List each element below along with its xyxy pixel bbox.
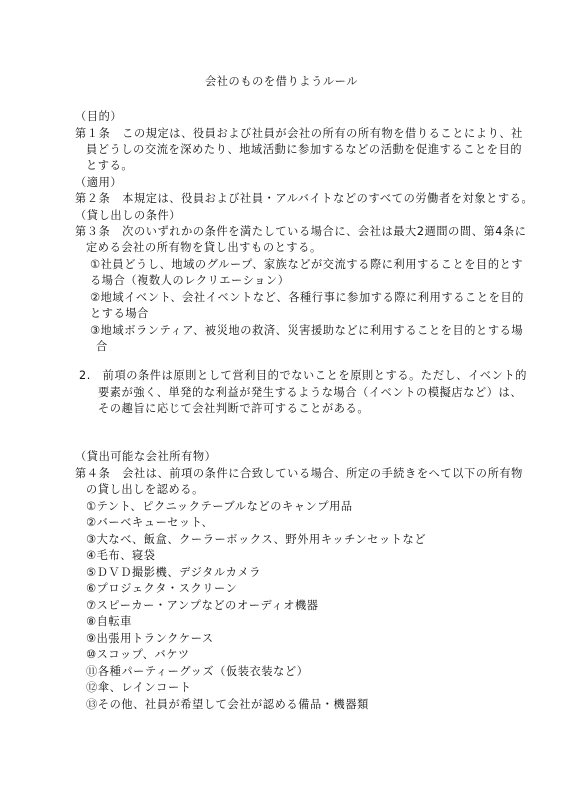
list-item: ⑥プロジェクタ・スクリーン [86,582,237,596]
section-heading-purpose: （目的） [75,110,122,124]
article-1-line: 員どうしの交流を深めたり、地域活動に参加するなどの活動を促進することを目的 [86,143,522,157]
list-item: ⑪各種パーティーグッズ（仮装衣装など） [86,665,309,679]
article-2-line: 第２条 本規定は、役員および社員・アルバイトなどのすべての労働者を対象とする。 [75,192,533,206]
document-page: 会社のものを借りようルール （目的） 第１条 この規定は、役員および社員が会社の… [0,0,563,795]
list-item: ⑧自転車 [86,615,132,629]
article-4-line: の貸し出しを認める。 [86,483,204,497]
condition-line: ③地域ボランティア、被災地の救済、災害援助などに利用することを目的とする場 [90,324,523,338]
condition-line: ②地域イベント、会社イベントなど、各種行事に参加する際に利用することを目的 [90,291,524,305]
list-item: ①テント、ピクニックテーブルなどのキャンプ用品 [86,500,353,514]
list-item: ⑤ＤＶＤ撮影機、デジタルカメラ [86,566,261,580]
list-item: ⑫傘、レインコート [86,681,192,695]
section-heading-lendable-items: （貸出可能な会社所有物） [75,450,216,464]
document-title: 会社のものを借りようルール [0,75,563,89]
condition-line: 合 [96,340,108,354]
list-item: ③大なべ、飯盒、クーラーボックス、野外用キッチンセットなど [86,533,426,547]
condition-line: る場合（複数人のレクリエーション） [90,274,290,288]
article-4-line: 第４条 会社は、前項の条件に合致している場合、所定の手続きをへて以下の所有物 [75,467,523,481]
paragraph-2-line: 要素が強く、単発的な利益が発生するような場合（イベントの模擬店など）は、 [98,386,522,400]
list-item: ④毛布、寝袋 [86,549,156,563]
condition-line: ①社員どうし、地域のグループ、家族などが交流する際に利用することを目的とす [90,258,523,272]
article-3-line: 定める会社の所有物を貸し出すものとする。 [86,241,322,255]
article-1-line: とする。 [86,159,133,173]
list-item: ⑬その他、社員が希望して会社が認める備品・機器類 [86,698,369,712]
paragraph-2-line: その趣旨に応じて会社判断で許可することがある。 [98,402,369,416]
condition-line: とする場合 [90,307,149,321]
article-1-line: 第１条 この規定は、役員および社員が会社の所有の所有物を借りることにより、社 [75,127,523,141]
list-item: ⑦スピーカー・アンプなどのオーディオ機器 [86,599,319,613]
list-item: ⑨出張用トランクケース [86,632,214,646]
list-item: ②バーベキューセット、 [86,516,213,530]
section-heading-scope: （適用） [75,176,122,190]
article-3-line: 第３条 次のいずれかの条件を満たしている場合に、会社は最大2週間の間、第4条に [75,225,527,239]
list-item: ⑩スコップ、バケツ [86,648,190,662]
paragraph-2-line: 2. 前項の条件は原則として営利目的でないことを原則とする。ただし、イベント的 [79,369,527,383]
section-heading-conditions: （貸し出しの条件） [75,209,181,223]
